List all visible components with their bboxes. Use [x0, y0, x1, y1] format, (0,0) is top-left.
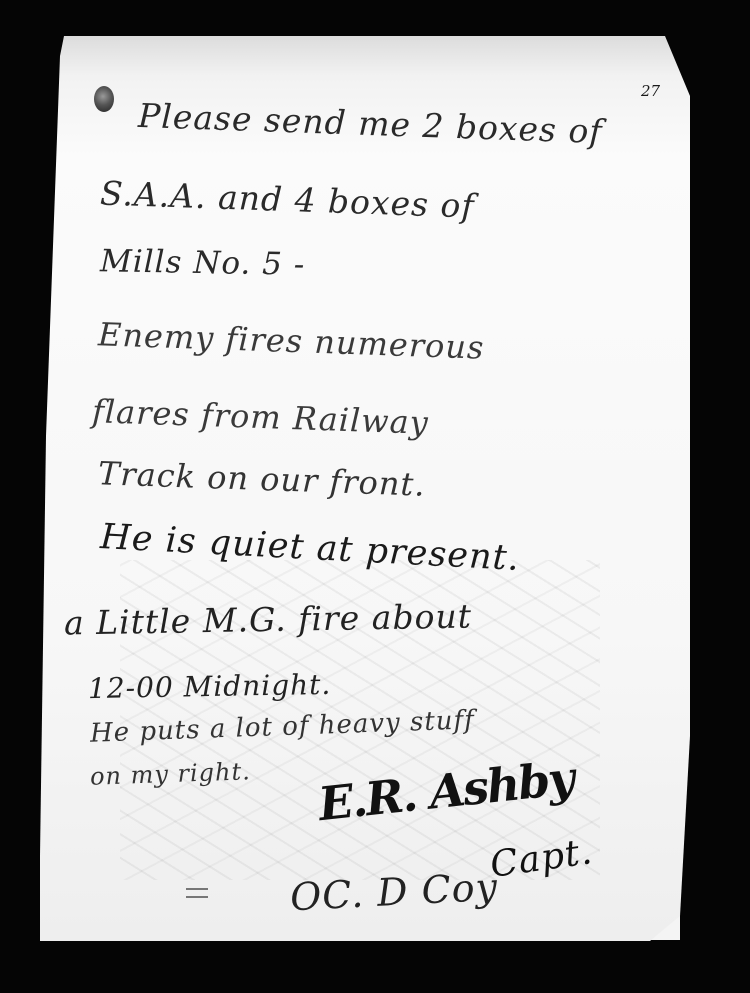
- note-line-9: 12-00 Midnight.: [88, 668, 332, 705]
- note-line-8: a Little M.G. fire about: [64, 596, 473, 642]
- note-line-11: on my right.: [90, 757, 252, 791]
- note-line-3: Mills No. 5 -: [100, 243, 306, 283]
- page-number: 27: [641, 82, 660, 100]
- equals-mark: [186, 888, 208, 898]
- punch-hole: [94, 86, 114, 112]
